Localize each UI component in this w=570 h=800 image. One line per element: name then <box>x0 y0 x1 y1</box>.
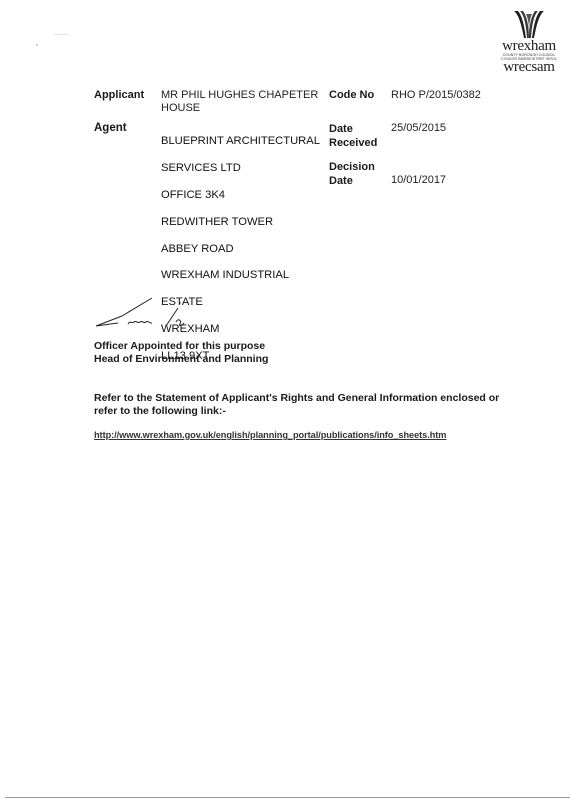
agent-label: Agent <box>94 122 127 135</box>
officer-block: Officer Appointed for this purpose Head … <box>94 340 268 366</box>
agent-line: BLUEPRINT ARCHITECTURAL <box>161 135 320 148</box>
agent-line: WREXHAM INDUSTRIAL <box>161 269 320 282</box>
info-sheets-link[interactable]: http://www.wrexham.gov.uk/english/planni… <box>94 430 446 440</box>
agent-address: BLUEPRINT ARCHITECTURAL SERVICES LTD OFF… <box>161 122 320 377</box>
handwritten-signature <box>92 296 202 337</box>
wrexham-w-emblem-icon <box>512 10 546 40</box>
agent-line: OFFICE 3K4 <box>161 189 320 202</box>
scan-speck <box>36 44 38 46</box>
scan-speck <box>54 34 68 35</box>
logo-name-welsh: wrecsam <box>494 61 564 74</box>
applicant-rights-notice: Refer to the Statement of Applicant's Ri… <box>94 392 514 418</box>
agent-line: ABBEY ROAD <box>161 243 320 256</box>
decision-date-value: 10/01/2017 <box>391 174 446 187</box>
applicant-value: MR PHIL HUGHES CHAPETER HOUSE <box>161 89 318 115</box>
agent-line: REDWITHER TOWER <box>161 216 320 229</box>
date-received-value: 25/05/2015 <box>391 122 446 135</box>
agent-line: SERVICES LTD <box>161 162 320 175</box>
applicant-label: Applicant <box>94 89 144 102</box>
officer-appointed-text: Officer Appointed for this purpose <box>94 340 268 353</box>
wrexham-council-logo: wrexham COUNTY BOROUGH COUNCIL CYNGOR BW… <box>494 10 564 74</box>
date-received-label: Date Received <box>329 122 377 150</box>
signature-icon <box>92 296 202 332</box>
officer-title-text: Head of Environment and Planning <box>94 353 268 366</box>
code-no-label: Code No <box>329 89 374 102</box>
logo-name-english: wrexham <box>494 40 564 53</box>
code-no-value: RHO P/2015/0382 <box>391 89 481 102</box>
page-bottom-rule <box>5 797 570 798</box>
decision-date-label: Decision Date <box>329 160 375 188</box>
